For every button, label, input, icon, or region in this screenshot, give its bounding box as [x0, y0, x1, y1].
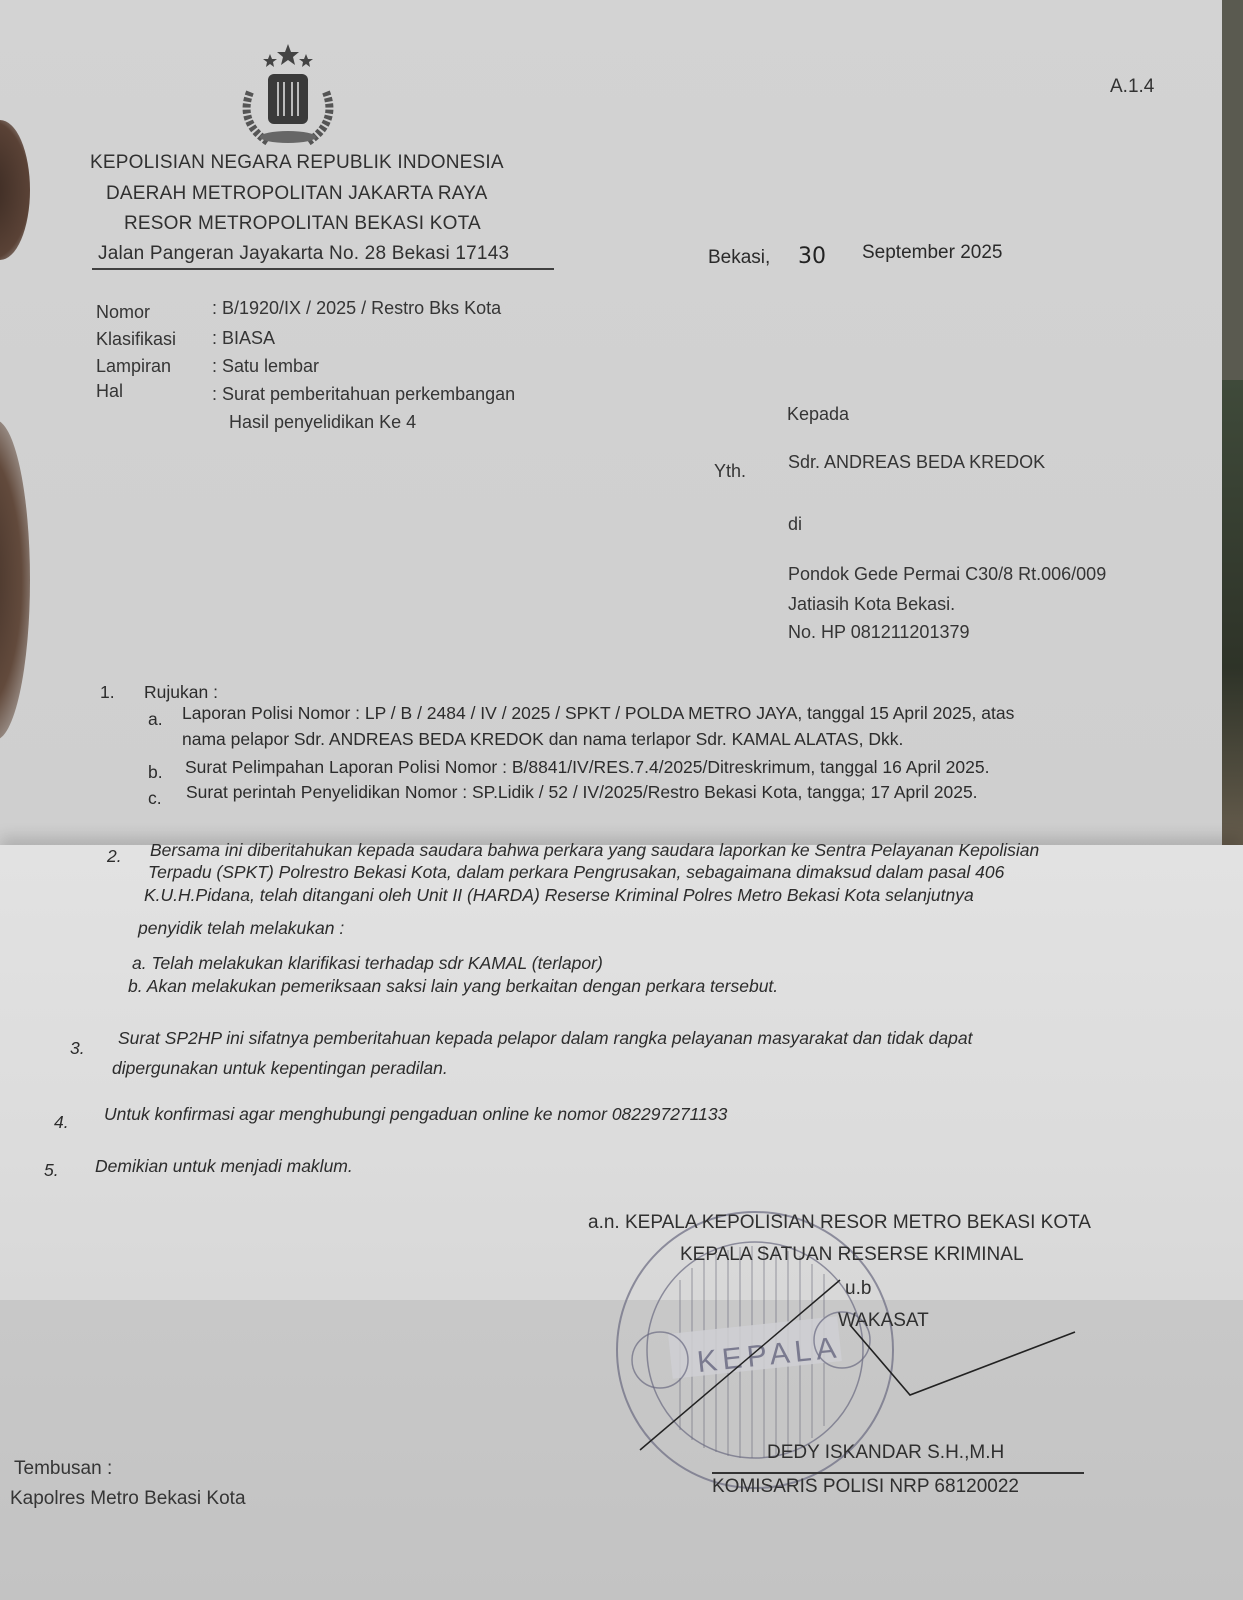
date-city: Bekasi, — [708, 247, 770, 269]
meta-value-nomor: : B/1920/IX / 2025 / Restro Bks Kota — [212, 298, 501, 319]
date-month-year: September 2025 — [862, 242, 1003, 264]
section-5-number: 5. — [44, 1160, 59, 1181]
signatory-rank: KOMISARIS POLISI NRP 68120022 — [712, 1476, 1019, 1498]
meta-label-klasifikasi: Klasifikasi — [96, 329, 176, 350]
section-4-number: 4. — [54, 1112, 69, 1133]
section-2-line-1: Bersama ini diberitahukan kepada saudara… — [150, 840, 1039, 861]
section-1a-line-2: nama pelapor Sdr. ANDREAS BEDA KREDOK da… — [182, 729, 903, 750]
section-3-line-1: Surat SP2HP ini sifatnya pemberitahuan k… — [118, 1028, 972, 1049]
signature-line-3: u.b — [845, 1278, 871, 1300]
section-2a-text: a. Telah melakukan klarifikasi terhadap … — [132, 953, 603, 974]
section-3-number: 3. — [70, 1038, 85, 1059]
cc-recipient: Kapolres Metro Bekasi Kota — [10, 1488, 246, 1510]
recipient-kepada: Kepada — [787, 404, 849, 425]
meta-value-lampiran: : Satu lembar — [212, 356, 319, 377]
signature-line-2: KEPALA SATUAN RESERSE KRIMINAL — [680, 1244, 1024, 1266]
section-1c-text: Surat perintah Penyelidikan Nomor : SP.L… — [186, 782, 978, 803]
letterhead-line-1: KEPOLISIAN NEGARA REPUBLIK INDONESIA — [90, 152, 504, 174]
recipient-yth: Yth. — [714, 461, 746, 482]
section-2-line-4: penyidik telah melakukan : — [138, 918, 344, 939]
recipient-name: Sdr. ANDREAS BEDA KREDOK — [788, 452, 1045, 473]
recipient-di: di — [788, 514, 802, 535]
meta-value-klasifikasi: : BIASA — [212, 328, 275, 349]
meta-label-hal: Hal — [96, 381, 123, 402]
section-2-line-2: Terpadu (SPKT) Polrestro Bekasi Kota, da… — [148, 862, 1004, 883]
meta-value-hal-line-2: Hasil penyelidikan Ke 4 — [229, 412, 416, 433]
recipient-phone: No. HP 081211201379 — [788, 622, 970, 643]
police-emblem-icon — [228, 42, 348, 152]
letterhead-line-2: DAERAH METROPOLITAN JAKARTA RAYA — [106, 183, 488, 205]
letterhead-divider — [92, 268, 554, 270]
letterhead-address: Jalan Pangeran Jayakarta No. 28 Bekasi 1… — [98, 243, 509, 265]
section-1a-label: a. — [148, 709, 163, 730]
section-1c-label: c. — [148, 788, 162, 809]
section-5-text: Demikian untuk menjadi maklum. — [95, 1156, 353, 1177]
meta-value-hal: : Surat pemberitahuan perkembangan — [212, 384, 515, 405]
cc-label: Tembusan : — [14, 1458, 112, 1480]
meta-label-nomor: Nomor — [96, 302, 150, 323]
section-4-text: Untuk konfirmasi agar menghubungi pengad… — [104, 1104, 727, 1125]
section-3-line-2: dipergunakan untuk kepentingan peradilan… — [112, 1058, 448, 1079]
section-1b-label: b. — [148, 762, 163, 783]
section-2-line-3: K.U.H.Pidana, telah ditangani oleh Unit … — [144, 885, 974, 906]
section-1-title: Rujukan : — [144, 682, 218, 703]
section-1-number: 1. — [100, 682, 115, 703]
section-2-number: 2. — [107, 846, 122, 867]
signatory-name: DEDY ISKANDAR S.H.,M.H — [767, 1442, 1004, 1464]
signature-line-1: a.n. KEPALA KEPOLISIAN RESOR METRO BEKAS… — [588, 1212, 1091, 1234]
signature-line-4: WAKASAT — [838, 1310, 929, 1332]
date-day-handwritten: 30 — [798, 244, 826, 269]
section-1a-line-1: Laporan Polisi Nomor : LP / B / 2484 / I… — [182, 703, 1014, 724]
recipient-address-2: Jatiasih Kota Bekasi. — [788, 594, 955, 615]
document-code: A.1.4 — [1110, 76, 1154, 98]
section-2b-text: b. Akan melakukan pemeriksaan saksi lain… — [128, 976, 778, 997]
signature-underline — [712, 1472, 1084, 1474]
section-1b-text: Surat Pelimpahan Laporan Polisi Nomor : … — [185, 757, 989, 778]
signature-scribble — [820, 1320, 1090, 1400]
letterhead-line-3: RESOR METROPOLITAN BEKASI KOTA — [124, 213, 481, 235]
meta-label-lampiran: Lampiran — [96, 356, 171, 377]
recipient-address-1: Pondok Gede Permai C30/8 Rt.006/009 — [788, 564, 1106, 585]
